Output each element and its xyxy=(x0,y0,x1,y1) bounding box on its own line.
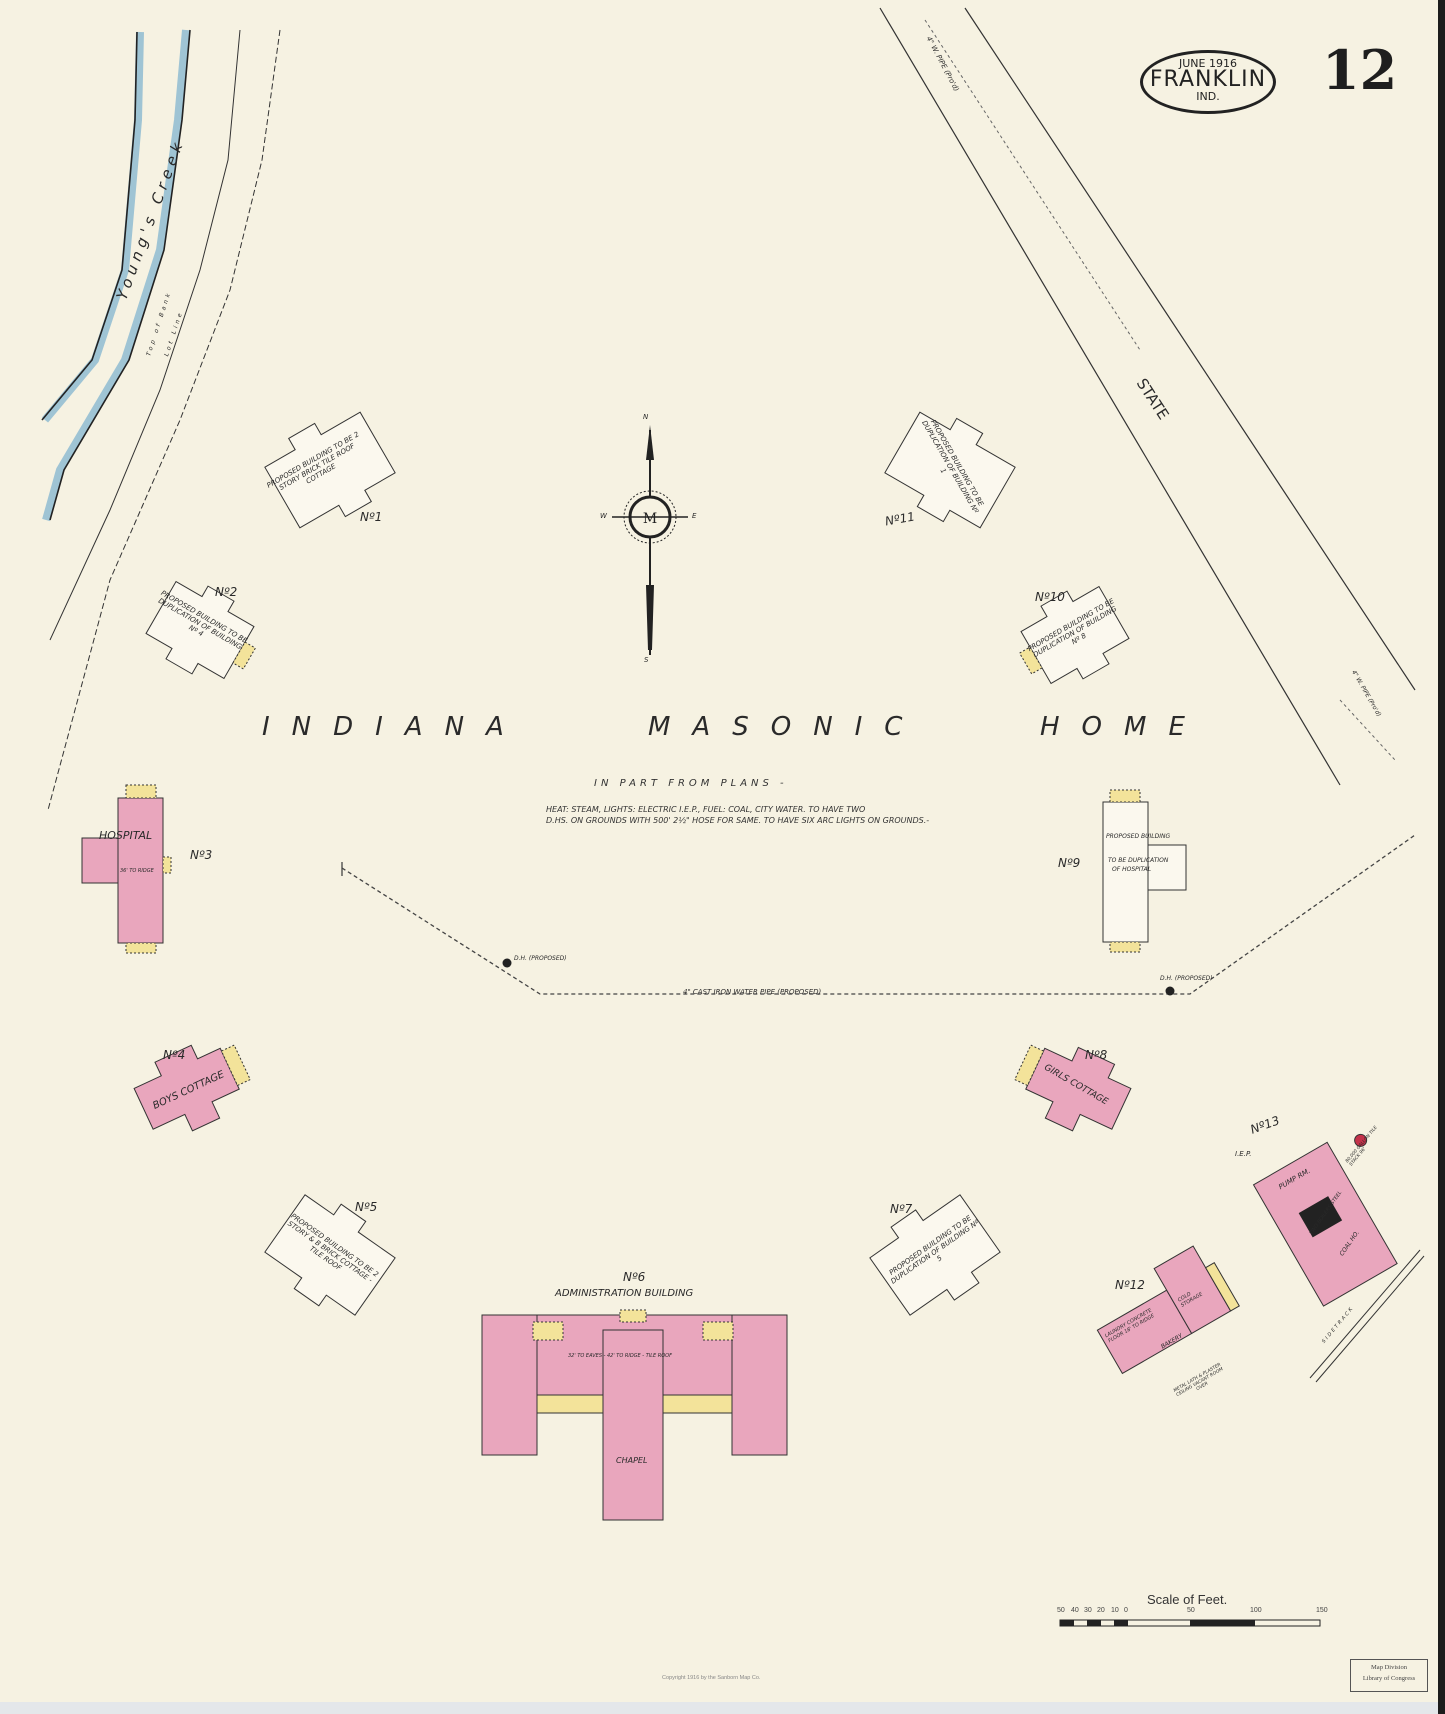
building-13-iep: I.E.P. xyxy=(1235,1150,1251,1158)
library-stamp: Map Division Library of Congress xyxy=(1350,1659,1428,1692)
building-5-number: Nº5 xyxy=(355,1200,377,1214)
building-12-number: Nº12 xyxy=(1115,1278,1145,1292)
compass-w: W xyxy=(600,512,607,520)
building-9-desc-3: OF HOSPITAL xyxy=(1112,866,1151,873)
building-6-name: ADMINISTRATION BUILDING xyxy=(555,1288,693,1299)
building-6-administration xyxy=(482,1310,787,1520)
building-6-number: Nº6 xyxy=(623,1270,645,1284)
title-word-indiana: INDIANA xyxy=(262,712,526,742)
note-from-plans: IN PART FROM PLANS - xyxy=(594,778,788,789)
building-2-number: Nº2 xyxy=(215,585,237,599)
svg-text:M: M xyxy=(643,511,657,527)
scale-bar xyxy=(1060,1620,1320,1626)
note-utilities-1: HEAT: STEAM, LIGHTS: ELECTRIC I.E.P., FU… xyxy=(546,805,865,814)
stamp-line-2: Library of Congress xyxy=(1351,1675,1427,1682)
building-9-desc-1: PROPOSED BUILDING xyxy=(1106,833,1170,840)
building-13-power-house xyxy=(1254,1124,1429,1306)
building-12-laundry xyxy=(1085,1241,1239,1373)
map-city: FRANKLIN xyxy=(1143,70,1273,90)
compass-e: E xyxy=(692,512,696,520)
stamp-line-1: Map Division xyxy=(1351,1664,1427,1671)
scale-tick: 0 xyxy=(1124,1607,1128,1614)
scale-tick: 50 xyxy=(1057,1607,1065,1614)
water-pipe-label: 4" CAST IRON WATER PIPE (PROPOSED) xyxy=(683,988,821,996)
building-6-chapel: CHAPEL xyxy=(616,1456,647,1465)
hydrant-right-label: D.H. (PROPOSED) xyxy=(1160,975,1213,982)
scale-tick: 50 xyxy=(1187,1607,1195,1614)
building-6-detail: 32' TO EAVES - 42' TO RIDGE - TILE ROOF xyxy=(568,1353,672,1359)
building-9-desc-2: TO BE DUPLICATION xyxy=(1108,857,1168,864)
scale-title: Scale of Feet. xyxy=(1147,1592,1227,1607)
scale-tick: 30 xyxy=(1084,1607,1092,1614)
building-9-number: Nº9 xyxy=(1058,856,1080,870)
scale-tick: 150 xyxy=(1316,1607,1328,1614)
hydrant-left-label: D.H. (PROPOSED) xyxy=(514,955,567,962)
compass-rose: M xyxy=(612,425,688,655)
water-pipe xyxy=(342,835,1415,996)
building-7-number: Nº7 xyxy=(890,1202,912,1216)
building-3-number: Nº3 xyxy=(190,848,212,862)
note-utilities-2: D.HS. ON GROUNDS WITH 500' 2½" HOSE FOR … xyxy=(546,816,929,825)
building-10-number: Nº10 xyxy=(1035,590,1065,604)
scale-tick: 40 xyxy=(1071,1607,1079,1614)
sheet-number: 12 xyxy=(1322,38,1397,102)
compass-n: N xyxy=(643,413,648,421)
building-3-name: HOSPITAL xyxy=(99,829,152,842)
copyright: Copyright 1916 by the Sanborn Map Co. xyxy=(662,1675,760,1681)
building-1-number: Nº1 xyxy=(360,510,382,524)
title-word-masonic: MASONIC xyxy=(648,712,924,742)
scale-tick: 10 xyxy=(1111,1607,1119,1614)
title-cartouche: JUNE 1916 FRANKLIN IND. xyxy=(1140,50,1276,114)
building-4-number: Nº4 xyxy=(163,1048,185,1062)
building-3-detail: 36' TO RIDGE xyxy=(120,868,154,874)
creek xyxy=(42,30,280,810)
compass-s: S xyxy=(644,656,648,664)
map-graphics: M xyxy=(0,0,1445,1714)
scale-tick: 100 xyxy=(1250,1607,1262,1614)
building-8-number: Nº8 xyxy=(1085,1048,1107,1062)
title-word-home: HOME xyxy=(1040,712,1207,742)
scale-tick: 20 xyxy=(1097,1607,1105,1614)
